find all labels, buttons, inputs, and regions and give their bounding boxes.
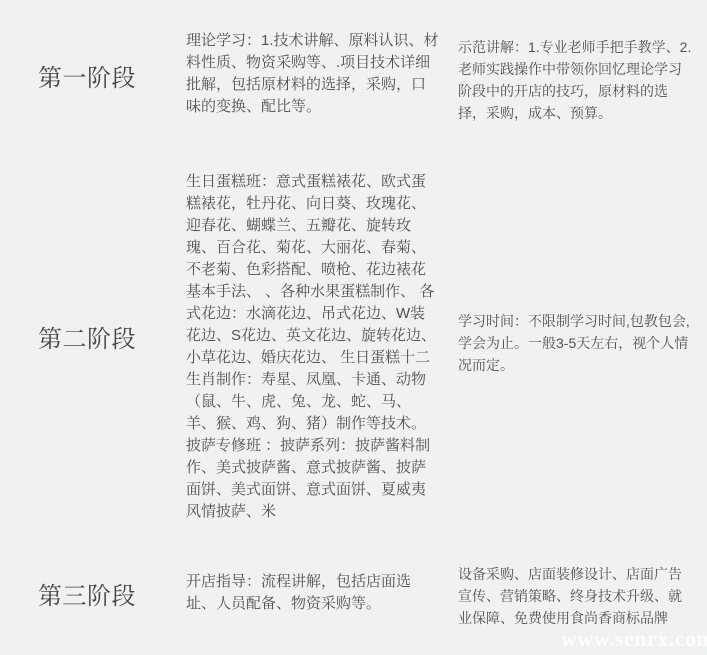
stage-2-content-text: 生日蛋糕班：意式蛋糕裱花、欧式蛋糕裱花，牡丹花、向日葵、玫瑰花、迎春花、蝴蝶兰、… [186,171,439,523]
stage-2-detail-text: 学习时间：不限制学习时间,包教包会,学会为止。一般3-5天左右，视个人情况而定。 [458,310,692,376]
site-watermark: www.senrx.com [561,628,707,650]
curriculum-stages-table: 第一阶段 理论学习：1.技术讲解、原料认识、材料性质、物资采购等、.项目技术详细… [0,0,707,655]
stage-3-label: 第三阶段 [38,585,136,609]
stage-1-label: 第一阶段 [38,67,136,91]
stage-3-detail-text: 设备采购、店面装修设计、店面广告宣传、营销策略、终身技术升级、就业保障、免费使用… [458,563,692,629]
stage-1-content-text: 理论学习：1.技术讲解、原料认识、材料性质、物资采购等、.项目技术详细批解，包括… [186,30,439,118]
stage-1-detail-text: 示范讲解：1.专业老师手把手教学、2.老师实践操作中带领你回忆理论学习阶段中的开… [458,36,692,124]
stage-2-label: 第二阶段 [38,328,136,352]
stage-3-content-text: 开店指导：流程讲解，包括店面选址、人员配备、物资采购等。 [186,571,439,615]
